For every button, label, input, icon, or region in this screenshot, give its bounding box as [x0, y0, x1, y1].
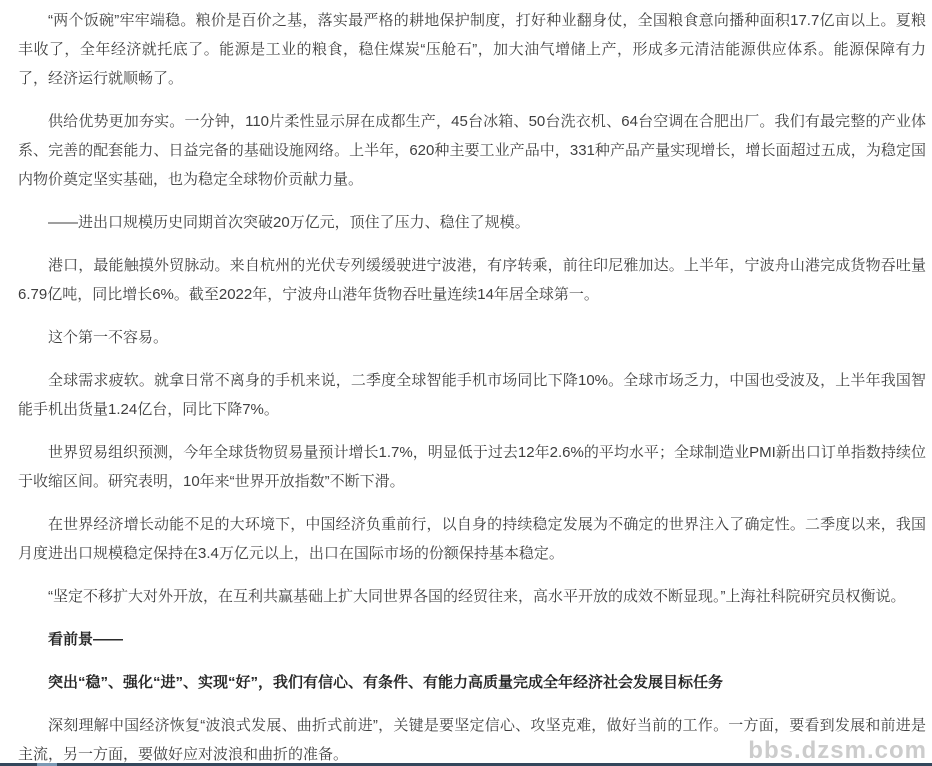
- paragraph: 港口，最能触摸外贸脉动。来自杭州的光伏专列缓缓驶进宁波港，有序转乘，前往印尼雅加…: [18, 251, 926, 309]
- paragraph: 突出“稳”、强化“进”、实现“好”，我们有信心、有条件、有能力高质量完成全年经济…: [18, 668, 926, 697]
- paragraph: “坚定不移扩大对外开放，在互利共赢基础上扩大同世界各国的经贸往来，高水平开放的成…: [18, 582, 926, 611]
- article-body: “两个饭碗”牢牢端稳。粮价是百价之基，落实最严格的耕地保护制度，打好种业翻身仗，…: [0, 0, 932, 766]
- paragraph: 看前景——: [18, 625, 926, 654]
- paragraph: 全球需求疲软。就拿日常不离身的手机来说，二季度全球智能手机市场同比下降10%。全…: [18, 366, 926, 424]
- site-watermark: bbs.dzsm.com: [748, 739, 927, 763]
- paragraph: 在世界经济增长动能不足的大环境下，中国经济负重前行，以自身的持续稳定发展为不确定…: [18, 510, 926, 568]
- paragraph: 供给优势更加夯实。一分钟，110片柔性显示屏在成都生产，45台冰箱、50台洗衣机…: [18, 107, 926, 194]
- paragraph: 世界贸易组织预测，今年全球货物贸易量预计增长1.7%，明显低于过去12年2.6%…: [18, 438, 926, 496]
- paragraph: ——进出口规模历史同期首次突破20万亿元，顶住了压力、稳住了规模。: [18, 208, 926, 237]
- paragraph: “两个饭碗”牢牢端稳。粮价是百价之基，落实最严格的耕地保护制度，打好种业翻身仗，…: [18, 6, 926, 93]
- paragraph: 这个第一不容易。: [18, 323, 926, 352]
